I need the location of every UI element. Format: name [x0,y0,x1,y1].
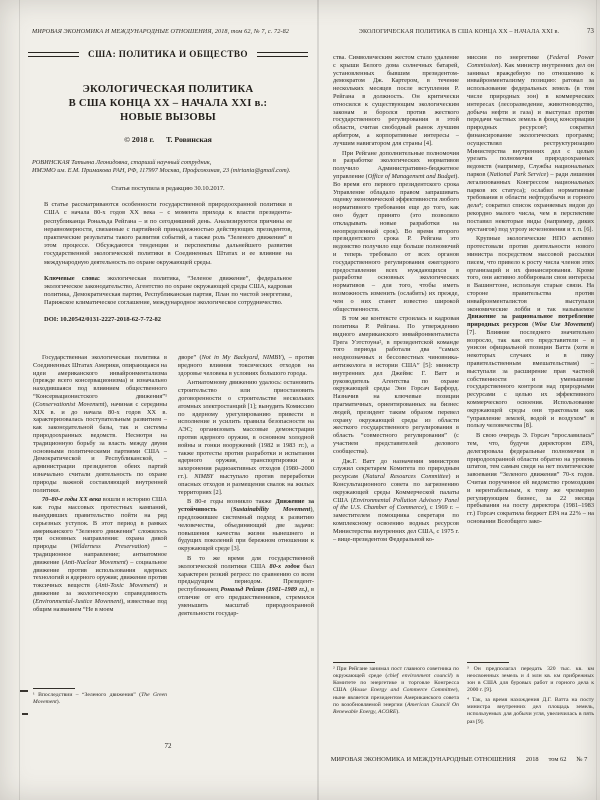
paragraph: дворе” (Not in My Backyard, NIMBY), – пр… [178,354,314,377]
page-number: 73 [587,28,594,35]
left-page: МИРОВАЯ ЭКОНОМИКА И МЕЖДУНАРОДНЫЕ ОТНОШЕ… [22,16,314,784]
footnote: ⁴ Так, за время нахождения Д.Г. Ватта на… [467,697,594,726]
paragraph: При Рейгане дополнительные полномочия в … [333,150,459,314]
copyright-year: © 2018 г. [124,135,154,144]
running-head-left: МИРОВАЯ ЭКОНОМИКА И МЕЖДУНАРОДНЫЕ ОТНОШЕ… [32,28,314,35]
paragraph: Дж.Г. Ватт до назначения министром служи… [333,458,459,544]
paragraph: ства. Символическим жестом стало удалени… [333,54,459,148]
footnote: ³ Он предполагал передать 320 тыс. кв. к… [467,666,594,695]
footer-volume: том 62 [549,756,567,763]
banner-rule-left [28,52,79,57]
author-line: © 2018 г.Т. Ровинская [22,135,314,144]
running-head-text: ЭКОЛОГИЧЕСКАЯ ПОЛИТИКА В США КОНЦА XX – … [359,28,559,35]
running-head-right: ЭКОЛОГИЧЕСКАЯ ПОЛИТИКА В США КОНЦА XX – … [324,28,594,35]
footnote-block: ² При Рейгане занимал пост главного сове… [333,662,459,719]
footnote-rule [33,688,75,689]
affiliation: РОВИНСКАЯ Татьяна Леонидовна, старший на… [32,159,314,177]
body-column-2: дворе” (Not in My Backyard, NIMBY), – пр… [178,354,314,690]
section-banner: США: ПОЛИТИКА И ОБЩЕСТВО [28,49,308,59]
keywords: Ключевые слова: экологическая политика, … [44,275,292,308]
footer-journal-name: МИРОВАЯ ЭКОНОМИКА И МЕЖДУНАРОДНЫЕ ОТНОШЕ… [331,756,516,763]
keywords-label: Ключевые слова: [44,275,100,282]
paragraph: В то же время для государственной эколог… [178,555,314,617]
paragraph: В том же контексте строилась и кадровая … [333,315,459,455]
right-page: ЭКОЛОГИЧЕСКАЯ ПОЛИТИКА В США КОНЦА XX – … [324,16,594,784]
footnote-block: ¹ Впоследствии – “Зеленого движения” (Th… [33,688,167,708]
paragraph: Крупные экологические НПО активно протес… [467,235,594,430]
paragraph: Антиатомному движению удалось: остановит… [178,379,314,496]
footnote: ¹ Впоследствии – “Зеленого движения” (Th… [33,692,167,707]
doi: DOI: 10.20542/0131-2227-2018-62-7-72-82 [44,316,314,323]
article-title-line: НОВЫЕ ВЫЗОВЫ [22,111,314,125]
received-date: Статья поступила в редакцию 30.10.2017. [22,185,314,192]
paragraph: В 80-е годы возникло также Движение за у… [178,498,314,553]
page-edge-right [596,0,597,800]
body-column-2: миссии по энергетике (Federal Power Comm… [467,54,594,656]
article-title-line: В США КОНЦА XX – НАЧАЛА XXI в.: [22,97,314,111]
page-gutter-line [317,0,319,800]
scanned-journal-spread: { "colors": { "paper": "#f1efe9", "ink":… [0,0,600,800]
footnote-block: ³ Он предполагал передать 320 тыс. кв. к… [467,662,594,728]
banner-rule-right [257,52,308,57]
paragraph: Государственная экологическая политика в… [33,354,167,494]
section-banner-label: США: ПОЛИТИКА И ОБЩЕСТВО [79,49,257,59]
body-column-1: Государственная экологическая политика в… [33,354,167,684]
footnote: ² При Рейгане занимал пост главного сове… [333,666,459,717]
affiliation-line: ИМЭМО им. Е.М. Примакова РАН, РФ, 117997… [32,167,314,176]
article-title-line: ЭКОЛОГИЧЕСКАЯ ПОЛИТИКА [22,83,314,97]
footer-issue: № 7 [576,756,587,763]
abstract: В статье рассматриваются особенности гос… [44,201,292,267]
body-column-1: ства. Символическим жестом стало удалени… [333,54,459,656]
footnote-rule [333,662,375,663]
page-number: 72 [22,742,314,750]
paragraph: В свою очередь Э. Горсач “прославилась” … [467,432,594,526]
footer-year: 2018 [526,756,539,763]
paragraph: 70–80-е годы XX века вошли в историю США… [33,496,167,613]
page-edge-left [19,0,20,800]
article-title: ЭКОЛОГИЧЕСКАЯ ПОЛИТИКА В США КОНЦА XX – … [22,83,314,126]
footnote-rule [467,662,509,663]
affiliation-line: РОВИНСКАЯ Татьяна Леонидовна, старший на… [32,159,314,168]
paragraph: миссии по энергетике (Federal Power Comm… [467,54,594,233]
author-name: Т. Ровинская [166,135,212,144]
journal-footer: МИРОВАЯ ЭКОНОМИКА И МЕЖДУНАРОДНЫЕ ОТНОШЕ… [324,756,594,763]
